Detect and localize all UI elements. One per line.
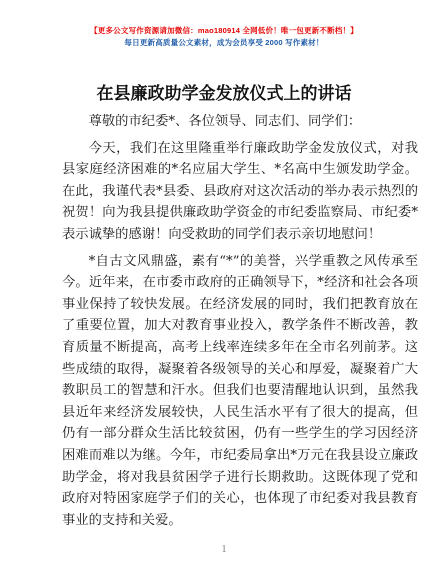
header-ad-line-1: 【更多公文写作资源请加微信：mao180914 全网低价！唯一包更新不断档！】 xyxy=(0,25,448,37)
paragraph-main: *自古文风鼎盛，素有“*”的美誉，兴学重教之风传承至今。近年来，在市委市政府的正… xyxy=(62,251,418,532)
header-ad-line-2: 每日更新高质量公文素材，成为会员享受 2000 写作素材！ xyxy=(0,37,448,49)
header-ad-block: 【更多公文写作资源请加微信：mao180914 全网低价！唯一包更新不断档！】 … xyxy=(0,0,448,49)
document-body: 尊敬的市纪委*、各位领导、同志们、同学们： 今天，我们在这里隆重举行廉政助学金发… xyxy=(62,111,418,531)
paragraph-opening: 今天，我们在这里隆重举行廉政助学金发放仪式，对我县家庭经济困难的*名应届大学生、… xyxy=(62,138,418,246)
paragraph-salutation: 尊敬的市纪委*、各位领导、同志们、同学们： xyxy=(62,111,418,133)
page-title: 在县廉政助学金发放仪式上的讲话 xyxy=(0,82,448,106)
page-number: 1 xyxy=(0,544,448,556)
document-page: 【更多公文写作资源请加微信：mao180914 全网低价！唯一包更新不断档！】 … xyxy=(0,0,448,580)
